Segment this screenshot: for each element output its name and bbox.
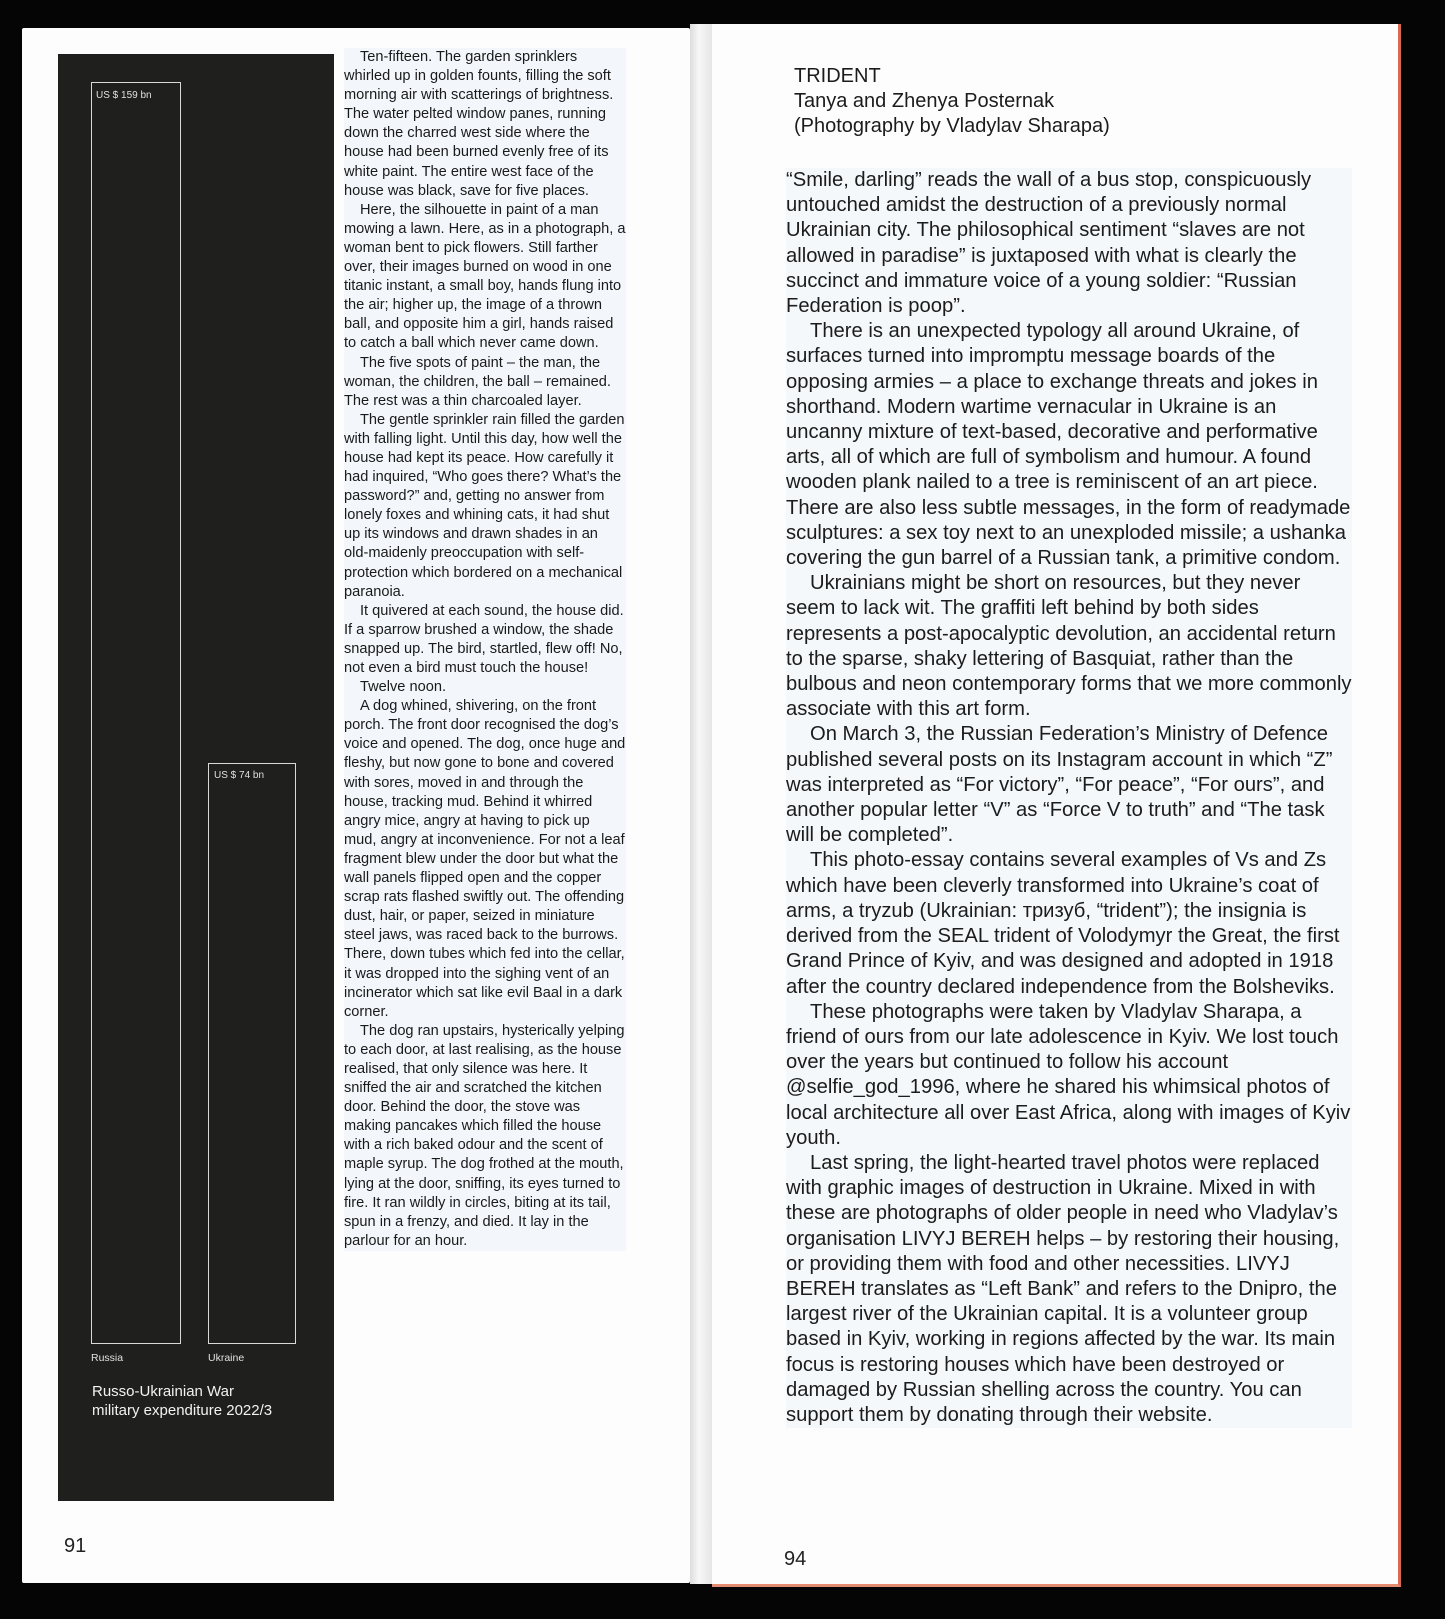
book-spine — [690, 24, 712, 1584]
page-number-right: 94 — [784, 1548, 806, 1571]
article-title: TRIDENT — [794, 64, 1110, 89]
story-paragraph: Twelve noon. — [344, 678, 626, 697]
expenditure-chart: US $ 159 bn US $ 74 bn Russia Ukraine Ru… — [58, 54, 334, 1501]
story-paragraph: A dog whined, shivering, on the front po… — [344, 697, 626, 1022]
article-body: “Smile, darling” reads the wall of a bus… — [786, 168, 1352, 1428]
page-number-left: 91 — [64, 1535, 86, 1558]
bar-label-russia: US $ 159 bn — [96, 90, 152, 101]
chart-title-line1: Russo-Ukrainian War — [92, 1382, 272, 1401]
story-paragraph: The dog ran upstairs, hysterically yelpi… — [344, 1022, 626, 1251]
bar-russia — [91, 82, 181, 1344]
category-russia: Russia — [91, 1352, 123, 1364]
story-paragraph: The gentle sprinkler rain filled the gar… — [344, 411, 626, 602]
category-ukraine: Ukraine — [208, 1352, 244, 1364]
article-paragraph: These photographs were taken by Vladylav… — [786, 1000, 1352, 1151]
story-column: Ten-fifteen. The garden sprinklers whirl… — [344, 48, 626, 1251]
bar-ukraine — [208, 763, 296, 1344]
story-paragraph: Ten-fifteen. The garden sprinklers whirl… — [344, 48, 626, 201]
story-paragraph: It quivered at each sound, the house did… — [344, 602, 626, 678]
chart-title-line2: military expenditure 2022/3 — [92, 1401, 272, 1420]
story-paragraph: The five spots of paint – the man, the w… — [344, 354, 626, 411]
bar-label-ukraine: US $ 74 bn — [214, 770, 264, 781]
article-credit: (Photography by Vladylav Sharapa) — [794, 114, 1110, 139]
article-paragraph: This photo-essay contains several exampl… — [786, 848, 1352, 999]
story-paragraph: Here, the silhouette in paint of a man m… — [344, 201, 626, 354]
article-paragraph: “Smile, darling” reads the wall of a bus… — [786, 168, 1352, 319]
chart-title: Russo-Ukrainian War military expenditure… — [92, 1382, 272, 1420]
article-paragraph: On March 3, the Russian Federation’s Min… — [786, 722, 1352, 848]
article-paragraph: Last spring, the light-hearted travel ph… — [786, 1151, 1352, 1428]
article-authors: Tanya and Zhenya Posternak — [794, 89, 1110, 114]
article-paragraph: Ukrainians might be short on resources, … — [786, 571, 1352, 722]
article-paragraph: There is an unexpected typology all arou… — [786, 319, 1352, 571]
article-header: TRIDENT Tanya and Zhenya Posternak (Phot… — [794, 64, 1110, 139]
